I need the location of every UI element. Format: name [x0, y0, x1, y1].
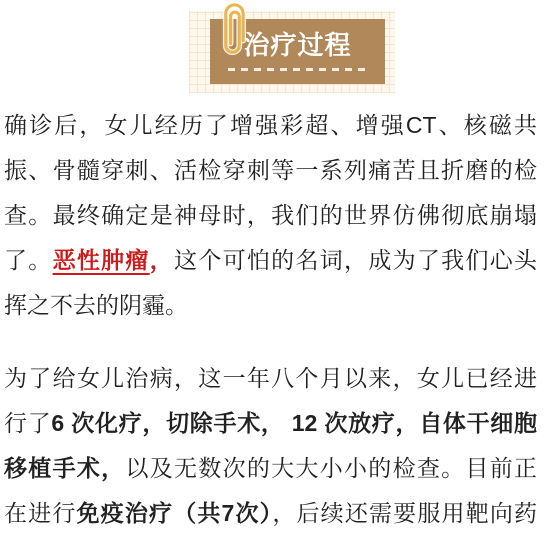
- article-body: 确诊后，女儿经历了增强彩超、增强CT、核磁共振、骨髓穿刺、活检穿刺等一系列痛苦且…: [4, 103, 537, 536]
- text-run-b: 免疫治疗（共7次）: [77, 500, 273, 526]
- paragraph-treatment: 为了给女儿治病，这一年八个月以来，女儿已经进行了6 次化疗，切除手术， 12 次…: [4, 356, 537, 536]
- dashed-underline: [228, 68, 368, 71]
- text-run: 以及无数次的大大小小的检查。目前正: [125, 455, 537, 481]
- text-line: 挥之不去的阴霾。: [4, 283, 537, 328]
- text-run: 这个可怕的名词，成为了我们心头: [174, 247, 537, 273]
- text-run: 行了: [4, 410, 51, 436]
- text-run-b: 移植手术，: [4, 455, 125, 481]
- text-run: 为了给女儿治病，这一年八个月以来，女儿已经进: [4, 365, 537, 391]
- text-line: 在进行免疫治疗（共7次），后续还需要服用靶向药: [4, 491, 537, 536]
- text-line: 了。恶性肿瘤，这个可怕的名词，成为了我们心头: [4, 238, 537, 283]
- paragraph-diagnosis: 确诊后，女儿经历了增强彩超、增强CT、核磁共振、骨髓穿刺、活检穿刺等一系列痛苦且…: [4, 103, 537, 328]
- text-line: 振、骨髓穿刺、活检穿刺等一系列痛苦且折磨的检: [4, 148, 537, 193]
- text-run: 查。最终确定是神母时，我们的世界仿佛彻底崩塌: [4, 202, 537, 228]
- text-line: 查。最终确定是神母时，我们的世界仿佛彻底崩塌: [4, 193, 537, 238]
- paperclip-icon: [219, 1, 248, 59]
- text-line: 移植手术，以及无数次的大大小小的检查。目前正: [4, 446, 537, 491]
- text-run: 在进行: [4, 500, 77, 526]
- text-run: 挥之不去的阴霾。: [4, 292, 188, 318]
- text-line: 行了6 次化疗，切除手术， 12 次放疗，自体干细胞: [4, 401, 537, 446]
- text-run: ，后续还需要服用靶向药: [272, 500, 537, 526]
- text-run-b: 6 次化疗，切除手术， 12 次放疗，自体干细胞: [51, 410, 537, 436]
- text-run-hl: 恶性肿瘤: [53, 247, 150, 273]
- text-run: 振、骨髓穿刺、活检穿刺等一系列痛苦且折磨的检: [4, 157, 537, 183]
- text-line: 为了给女儿治病，这一年八个月以来，女儿已经进: [4, 356, 537, 401]
- text-line: 确诊后，女儿经历了增强彩超、增强CT、核磁共: [4, 103, 537, 148]
- article-page: 治疗过程 确诊后，女儿经历了增强彩超、增强CT、核磁共振、骨髓穿刺、活检穿刺等一…: [0, 0, 560, 560]
- text-run-red: ，: [150, 247, 174, 273]
- text-run: 确诊后，女儿经历了增强彩超、增强CT、核磁共: [4, 112, 537, 138]
- text-run: 了。: [4, 247, 53, 273]
